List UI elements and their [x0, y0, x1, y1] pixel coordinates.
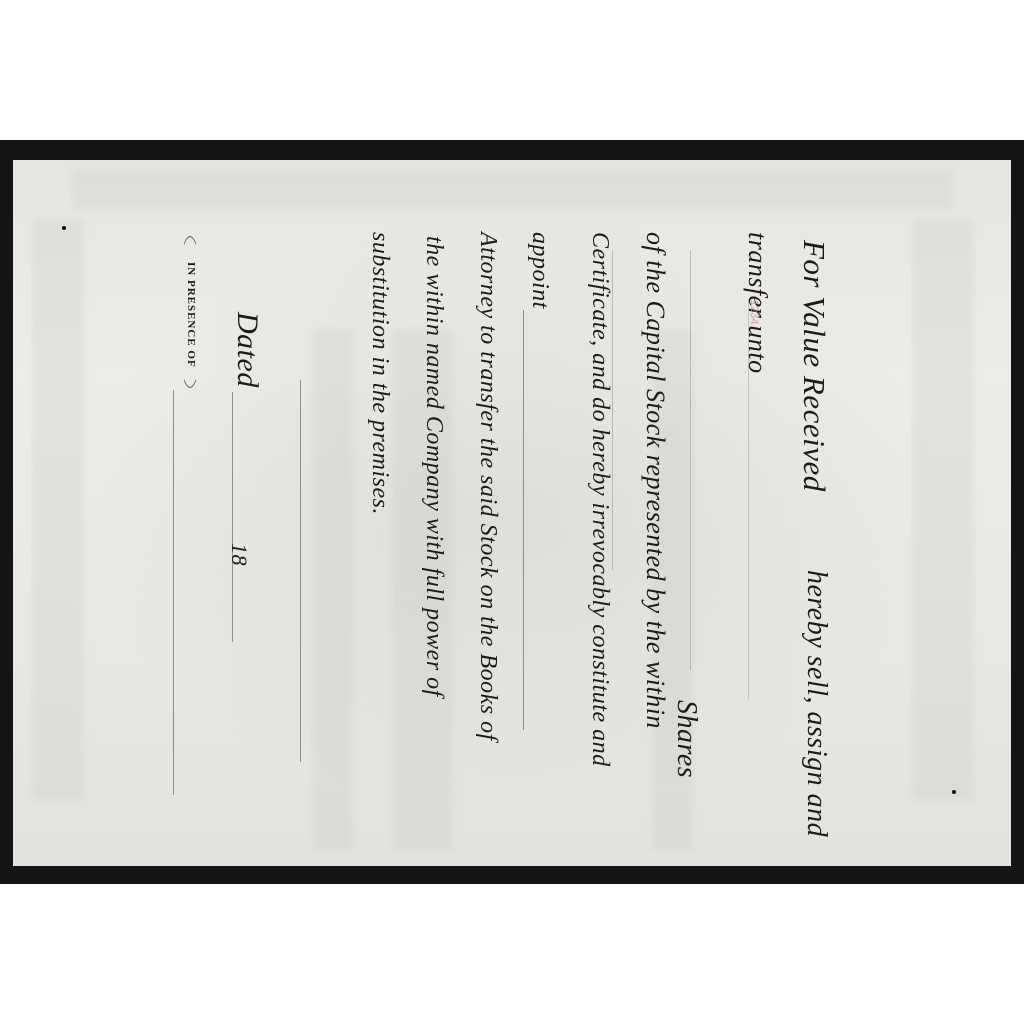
assignment-line-1-start: For Value Received	[799, 240, 830, 492]
assignment-line-1-end: hereby sell, assign and	[802, 570, 830, 837]
assignment-line-3: of the Capital Stock represented by the …	[642, 232, 668, 729]
appoint-line	[523, 310, 524, 730]
year-prefix: 18	[228, 543, 250, 566]
signature-line	[300, 380, 301, 762]
show-through-band	[73, 170, 953, 210]
assignment-line-4: Certificate, and do hereby irrevocably c…	[588, 232, 612, 767]
ink-speck	[62, 226, 66, 230]
dated-label: Dated	[232, 312, 262, 388]
ink-speck	[952, 790, 956, 794]
witness-signature-line	[173, 390, 174, 795]
show-through-band	[313, 330, 353, 850]
assignment-line-6: Attorney to transfer the said Stock on t…	[476, 232, 500, 741]
serial-number-red: 1234	[748, 300, 760, 324]
witness-bracket-ornament	[176, 236, 204, 388]
certificate-paper	[13, 160, 1011, 866]
transferee-line	[690, 250, 691, 670]
show-through-band	[33, 220, 83, 800]
show-through-band	[913, 220, 973, 800]
assignment-line-5: appoint	[528, 232, 552, 309]
assignment-line-8: substitution in the premises.	[368, 232, 392, 515]
date-line	[232, 392, 233, 642]
assignment-line-7: the within named Company with full power…	[422, 236, 446, 697]
assignment-line-3-shares: Shares	[672, 700, 700, 778]
